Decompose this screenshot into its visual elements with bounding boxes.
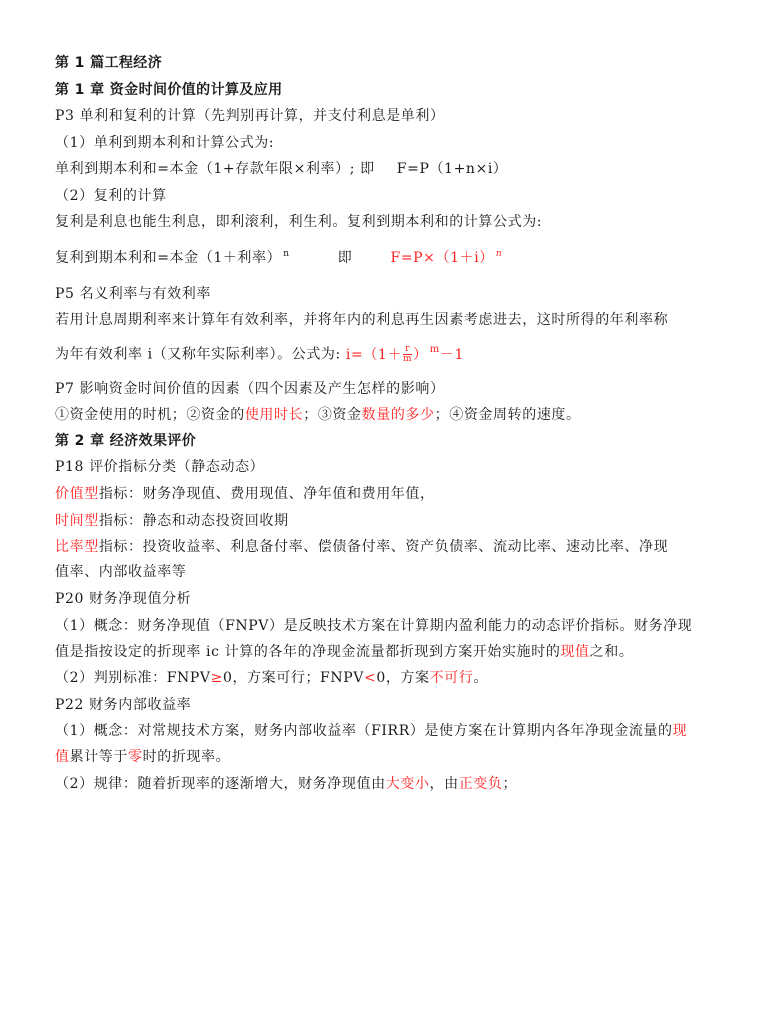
part-title: 第 1 篇工程经济 <box>55 54 162 72</box>
concept-highlight: 现值 <box>560 644 589 660</box>
p3-heading: P3 单利和复利的计算（先判别再计算，并支付利息是单利） <box>55 107 445 125</box>
concept-text: 之和。 <box>590 644 634 660</box>
p22-rule: （2）规律：随着折现率的逐渐增大，财务净现值由大变小，由正变负； <box>55 775 517 793</box>
factor-segment: ；④资金周转的速度。 <box>435 407 581 423</box>
concept-text: （1）概念：对常规技术方案，财务内部收益率（FIRR）是使方案在计算期内各年净现… <box>55 723 673 739</box>
p3-item1-formula-line: 单利到期本利和=本金（1+存款年限×利率）; 即 F=P（1+n×i） <box>55 160 508 178</box>
formula-suffix: ） <box>413 347 428 363</box>
concept-highlight: 值 <box>55 749 70 765</box>
p5-desc-line2: 为年有效利率 i（又称年实际利率）。公式为: i=（1＋rm）m－1 <box>55 345 464 364</box>
lt-symbol: < <box>364 670 376 686</box>
effective-rate-formula: i=（1＋rm）m－1 <box>346 347 464 363</box>
formula-prefix: i=（1＋ <box>346 347 402 363</box>
compound-interest-text: 复利到期本利和=本金（1＋利率） <box>55 250 281 266</box>
p20-heading: P20 财务净现值分析 <box>55 590 191 608</box>
p3-item2-desc: 复利是利息也能生利息，即利滚利，利生利。复利到期本利和的计算公式为: <box>55 213 542 231</box>
p5-heading: P5 名义利率与有效利率 <box>55 285 211 303</box>
p22-concept-line2: 值累计等于零时的折现率。 <box>55 748 230 766</box>
time-type-label: 时间型 <box>55 513 99 529</box>
rule-text: ； <box>503 776 518 792</box>
time-type-text: 指标：静态和动态投资回收期 <box>99 513 289 529</box>
criteria-text: （2）判别标准：FNPV <box>55 670 211 686</box>
compound-interest-formula: F=P×（1＋i） <box>391 250 494 266</box>
ratio-type-label: 比率型 <box>55 539 99 555</box>
p20-concept-line2: 值是指按设定的折现率 ic 计算的各年的净现金流量都折现到方案开始实施时的现值之… <box>55 643 633 661</box>
chapter-1-title: 第 1 章 资金时间价值的计算及应用 <box>55 81 283 99</box>
p20-concept-line1: （1）概念：财务净现值（FNPV）是反映技术方案在计算期内盈利能力的动态评价指标… <box>55 617 692 635</box>
compound-interest-formula-exponent: n <box>496 249 502 259</box>
concept-highlight: 零 <box>128 749 143 765</box>
p22-concept-line1: （1）概念：对常规技术方案，财务内部收益率（FIRR）是使方案在计算期内各年净现… <box>55 722 687 740</box>
rule-text: （2）规律：随着折现率的逐渐增大，财务净现值由 <box>55 776 386 792</box>
p18-value-type: 价值型指标：财务净现值、费用现值、净年值和费用年值， <box>55 485 435 503</box>
p5-desc-line1: 若用计息周期利率来计算年有效利率，并将年内的利息再生因素考虑进去，这时所得的年利… <box>55 311 668 329</box>
p18-heading: P18 评价指标分类（静态动态） <box>55 458 264 476</box>
p7-heading: P7 影响资金时间价值的因素（四个因素及产生怎样的影响） <box>55 380 445 398</box>
p3-item2-formula-line: 复利到期本利和=本金（1＋利率）n 即 F=P×（1＋i）n <box>55 249 502 267</box>
concept-text: 累计等于 <box>70 749 128 765</box>
concept-text: 时的折现率。 <box>143 749 231 765</box>
factor-highlight: 使用时长 <box>245 407 303 423</box>
p18-ratio-type: 比率型指标：投资收益率、利息备付率、偿债备付率、资产负债率、流动比率、速动比率、… <box>55 538 668 556</box>
p18-ratio-type-cont: 值率、内部收益率等 <box>55 563 186 581</box>
formula-exponent: m <box>430 344 440 355</box>
rule-text: ，由 <box>430 776 459 792</box>
formula-tail: －1 <box>440 347 464 363</box>
factor-highlight: 数量的多少 <box>362 407 435 423</box>
ratio-type-text: 指标：投资收益率、利息备付率、偿债备付率、资产负债率、流动比率、速动比率、净现 <box>99 539 668 555</box>
p18-time-type: 时间型指标：静态和动态投资回收期 <box>55 512 289 530</box>
criteria-text: 。 <box>473 670 488 686</box>
chapter-2-title: 第 2 章 经济效果评价 <box>55 432 196 450</box>
p3-item2-heading: （2）复利的计算 <box>55 187 167 205</box>
concept-text: 值是指按设定的折现率 ic 计算的各年的净现金流量都折现到方案开始实施时的 <box>55 644 560 660</box>
factor-segment: ①资金使用的时机；②资金的 <box>55 407 245 423</box>
formula-fraction: rm <box>403 345 412 364</box>
effective-rate-desc: 为年有效利率 i（又称年实际利率）。公式为: <box>55 347 341 363</box>
rule-highlight: 正变负 <box>459 776 503 792</box>
rule-highlight: 大变小 <box>386 776 430 792</box>
p3-item1-heading: （1）单利到期本利和计算公式为: <box>55 134 274 152</box>
value-type-label: 价值型 <box>55 486 99 502</box>
value-type-text: 指标：财务净现值、费用现值、净年值和费用年值， <box>99 486 435 502</box>
p22-heading: P22 财务内部收益率 <box>55 696 191 714</box>
p7-factors: ①资金使用的时机；②资金的使用时长；③资金数量的多少；④资金周转的速度。 <box>55 406 581 424</box>
concept-highlight: 现 <box>673 723 688 739</box>
criteria-text: 0，方案 <box>376 670 429 686</box>
p20-criteria: （2）判别标准：FNPV≥0，方案可行；FNPV<0，方案不可行。 <box>55 669 488 687</box>
criteria-text: 0，方案可行；FNPV <box>223 670 364 686</box>
compound-interest-text-exponent: n <box>283 249 289 259</box>
fraction-denominator: m <box>403 355 412 364</box>
simple-interest-text: 单利到期本利和=本金（1+存款年限×利率）; 即 <box>55 161 375 177</box>
compound-formula-connector: 即 <box>338 250 353 266</box>
ge-symbol: ≥ <box>211 670 223 686</box>
factor-segment: ；③资金 <box>303 407 361 423</box>
simple-interest-formula: F=P（1+n×i） <box>397 161 508 177</box>
criteria-highlight: 不可行 <box>430 670 474 686</box>
